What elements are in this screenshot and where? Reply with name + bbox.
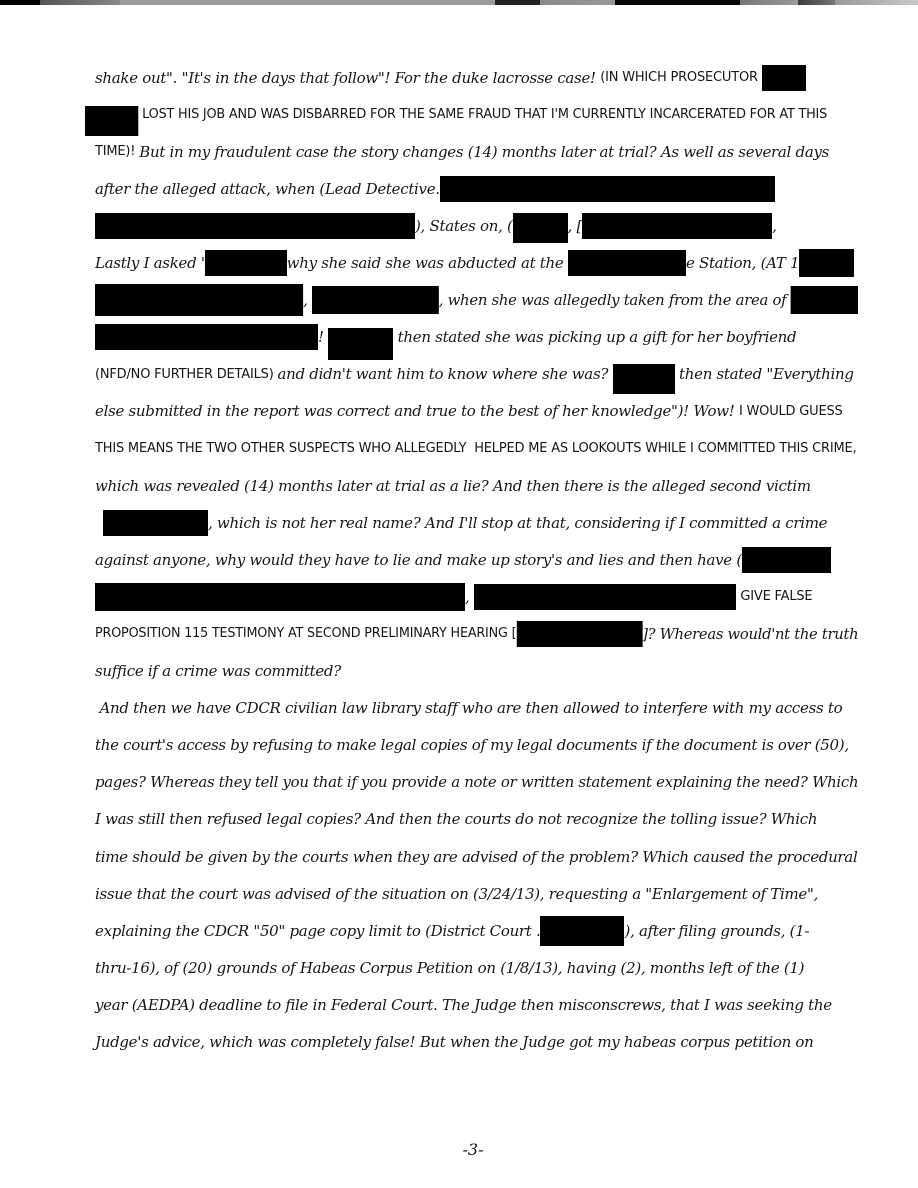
text-line: thru-16), of (20) grounds of Habeas Corp… — [95, 949, 858, 986]
handwritten-text: , when she was allegedly taken from the … — [439, 291, 791, 309]
handwritten-text: ), States on, ( — [415, 217, 513, 235]
text-line: after the alleged attack, when (Lead Det… — [95, 170, 858, 207]
text-line: pages? Whereas they tell you that if you… — [95, 764, 854, 801]
text-line: which was revealed (14) months later at … — [95, 467, 858, 504]
handwritten-text: But in my fraudulent case the story chan… — [139, 143, 829, 161]
text-line: Judge's advice, which was completely fal… — [95, 1023, 858, 1060]
handwritten-text: Judge's advice, which was completely fal… — [95, 1033, 814, 1051]
handwritten-text: , — [303, 291, 312, 309]
handwritten-text: ! — [318, 328, 328, 346]
handwritten-text: , — [772, 217, 776, 235]
handwritten-text: , — [465, 588, 474, 606]
handwritten-text: (IN WHICH PROSECUTOR — [600, 70, 762, 85]
text-line: Lastly I asked 'why she said she was abd… — [95, 244, 858, 281]
handwritten-text: (NFD/NO FURTHER DETAILS) — [95, 367, 278, 382]
redaction-bar — [474, 584, 736, 610]
handwritten-text: GIVE FALSE — [740, 589, 812, 604]
text-line: PROPOSITION 115 TESTIMONY AT SECOND PREL… — [95, 615, 845, 652]
handwritten-text: else submitted in the report was correct… — [95, 402, 739, 420]
text-line: , , when she was allegedly taken from th… — [95, 282, 851, 319]
redaction-bar — [791, 286, 858, 314]
handwritten-text: year (AEDPA) deadline to file in Federal… — [95, 996, 832, 1014]
handwritten-text: Lastly I asked ' — [95, 254, 205, 272]
handwritten-text: PROPOSITION 115 TESTIMONY AT SECOND PREL… — [95, 626, 516, 641]
handwritten-text: why she said she was abducted at the — [287, 254, 568, 272]
handwritten-text: THIS MEANS THE TWO OTHER SUSPECTS WHO AL… — [95, 441, 856, 456]
redaction-bar — [103, 510, 208, 536]
text-line: against anyone, why would they have to l… — [95, 541, 858, 578]
text-line: year (AEDPA) deadline to file in Federal… — [95, 986, 858, 1023]
text-line: issue that the court was advised of the … — [95, 875, 858, 912]
text-line: And then we have CDCR civilian law libra… — [95, 690, 858, 727]
handwritten-text: e Station, (AT 1 — [686, 254, 799, 272]
redaction-bar — [742, 547, 831, 573]
handwritten-text: , [ — [568, 217, 583, 235]
handwritten-text: , which is not her real name? And I'll s… — [208, 514, 827, 532]
text-line: suffice if a crime was committed? — [95, 653, 858, 690]
redaction-bar — [582, 213, 772, 239]
redaction-bar — [95, 213, 415, 239]
text-line: the court's access by refusing to make l… — [95, 727, 858, 764]
handwritten-text: TIME)! — [95, 144, 139, 159]
handwritten-text: LOST HIS JOB AND WAS DISBARRED FOR THE S… — [138, 107, 827, 122]
text-line: I was still then refused legal copies? A… — [95, 801, 858, 838]
redaction-bar — [513, 213, 568, 243]
handwritten-text: I was still then refused legal copies? A… — [95, 810, 817, 828]
text-line: THIS MEANS THE TWO OTHER SUSPECTS WHO AL… — [95, 430, 858, 467]
text-line: (NFD/NO FURTHER DETAILS) and didn't want… — [95, 356, 858, 393]
document-text: shake out". "It's in the days that follo… — [95, 59, 858, 1061]
handwritten-text: I WOULD GUESS — [739, 404, 843, 419]
handwritten-text: issue that the court was advised of the … — [95, 885, 818, 903]
handwritten-text: and didn't want him to know where she wa… — [278, 365, 613, 383]
page-number: -3- — [0, 1140, 918, 1159]
handwritten-text: after the alleged attack, when (Lead Det… — [95, 180, 440, 198]
text-line: , which is not her real name? And I'll s… — [103, 504, 858, 541]
handwritten-text: And then we have CDCR civilian law libra… — [95, 699, 842, 717]
handwritten-text: shake out". "It's in the days that follo… — [95, 69, 600, 87]
handwritten-text: pages? Whereas they tell you that if you… — [95, 773, 858, 791]
redaction-bar — [95, 583, 465, 611]
handwritten-text: suffice if a crime was committed? — [95, 662, 341, 680]
text-line: shake out". "It's in the days that follo… — [95, 59, 858, 96]
redaction-bar — [85, 106, 138, 136]
redaction-bar — [799, 249, 854, 277]
redaction-bar — [762, 65, 806, 91]
handwritten-text: then stated she was picking up a gift fo… — [393, 328, 796, 346]
handwritten-text: thru-16), of (20) grounds of Habeas Corp… — [95, 959, 804, 977]
scan-artifact-top-edge — [0, 0, 918, 5]
text-line: ), States on, (, [, — [95, 207, 858, 244]
redaction-bar — [516, 621, 642, 647]
redaction-bar — [205, 250, 287, 276]
redaction-bar — [613, 364, 675, 394]
handwritten-text: the court's access by refusing to make l… — [95, 736, 849, 754]
text-line: explaining the CDCR "50" page copy limit… — [95, 912, 858, 949]
handwritten-text: which was revealed (14) months later at … — [95, 477, 811, 495]
handwritten-text: ]? Whereas would'nt the truth — [642, 625, 858, 643]
text-line: time should be given by the courts when … — [95, 838, 858, 875]
redaction-bar — [328, 328, 393, 360]
text-line: else submitted in the report was correct… — [95, 393, 858, 430]
scanned-page: shake out". "It's in the days that follo… — [0, 0, 918, 1188]
handwritten-text: ), after filing grounds, (1- — [624, 922, 809, 940]
redaction-bar — [95, 284, 303, 316]
redaction-bar — [312, 286, 439, 314]
text-line: , GIVE FALSE — [95, 578, 858, 615]
handwritten-text: against anyone, why would they have to l… — [95, 551, 742, 569]
handwritten-text: then stated "Everything — [675, 365, 854, 383]
text-line: LOST HIS JOB AND WAS DISBARRED FOR THE S… — [85, 96, 848, 133]
redaction-bar — [95, 324, 318, 350]
redaction-bar — [540, 916, 624, 946]
handwritten-text: time should be given by the courts when … — [95, 848, 857, 866]
redaction-bar — [568, 250, 686, 276]
text-line: TIME)! But in my fraudulent case the sto… — [95, 133, 858, 170]
handwritten-text: explaining the CDCR "50" page copy limit… — [95, 922, 540, 940]
text-line: ! then stated she was picking up a gift … — [95, 319, 858, 356]
redaction-bar — [440, 176, 775, 202]
